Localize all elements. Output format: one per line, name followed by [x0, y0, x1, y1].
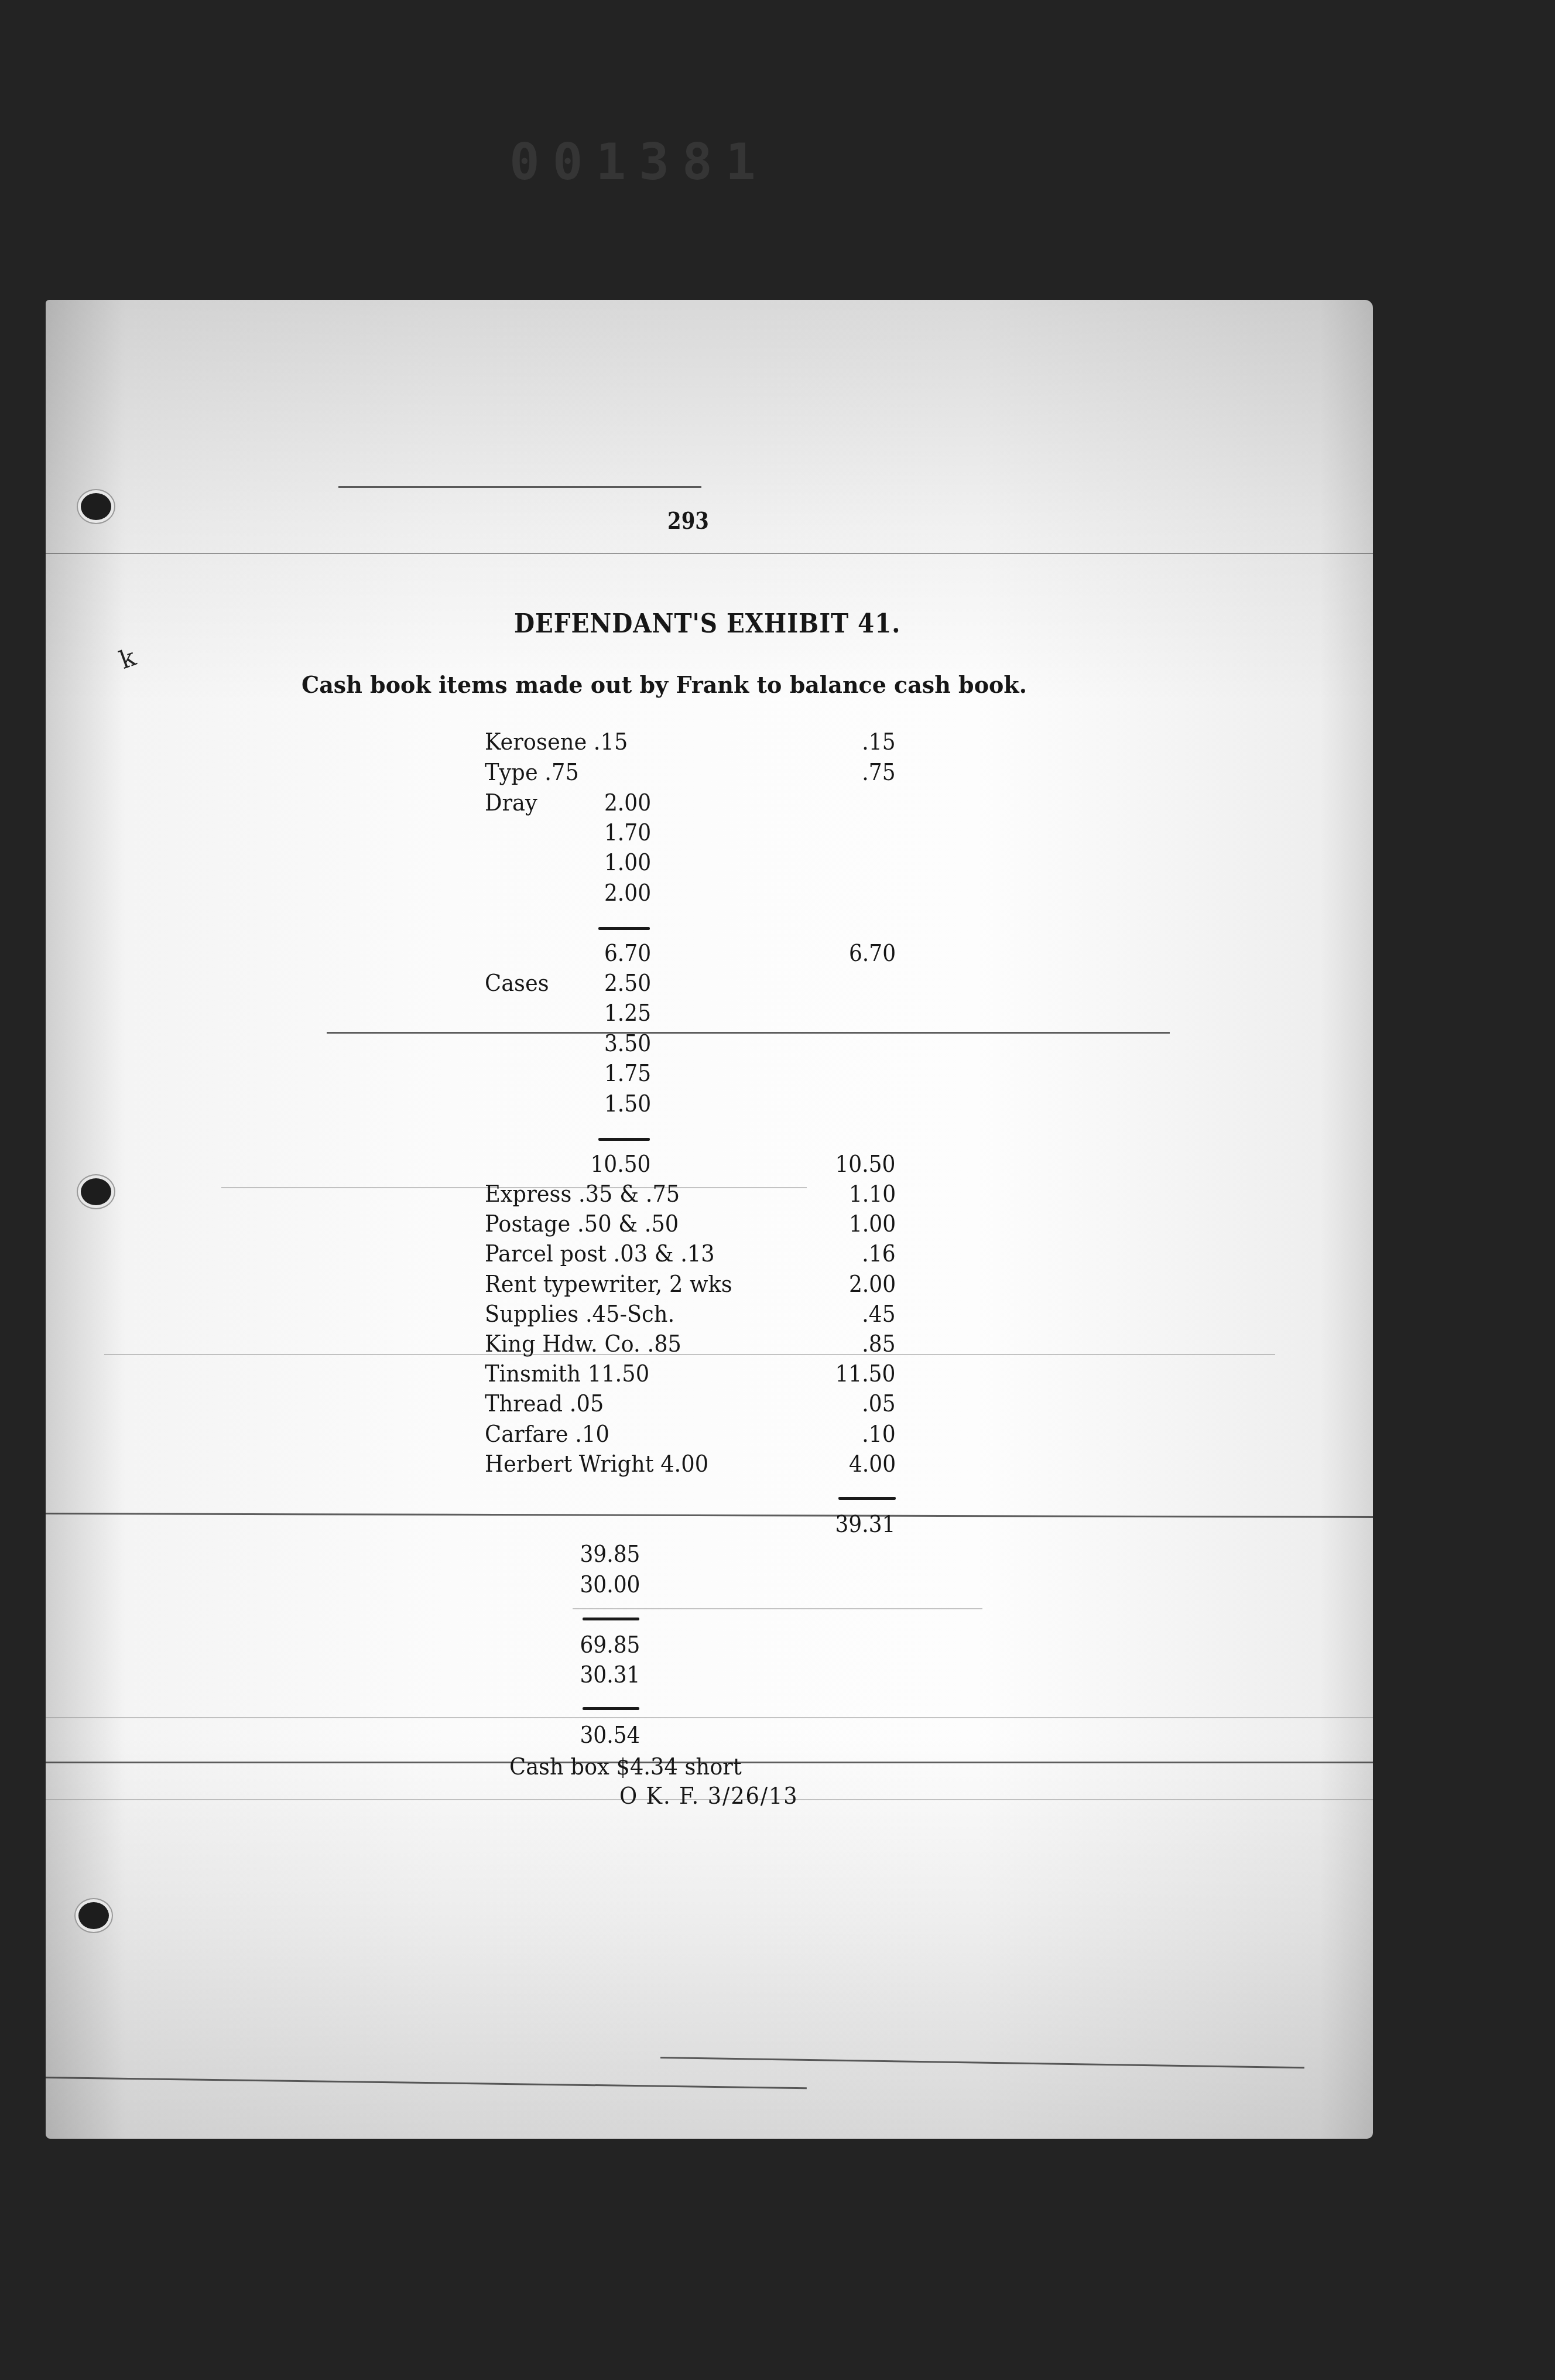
ledger-row: Type .75 .75 [0, 759, 1555, 788]
item-amount: 1.10 [849, 1181, 896, 1208]
item-amount: .75 [862, 759, 896, 786]
item-amount: 1.00 [849, 1210, 896, 1237]
recon-value: 30.00 [580, 1571, 641, 1598]
reconciliation-row: 69.85 [0, 1632, 1555, 1661]
item-label: Carfare .10 [485, 1421, 609, 1448]
ledger-row: Tinsmith 11.50 11.50 [0, 1360, 1555, 1390]
item-amount: .16 [862, 1240, 896, 1267]
ledger-row: Thread .05 .05 [0, 1390, 1555, 1420]
item-label: Parcel post .03 & .13 [485, 1240, 715, 1267]
reconciliation-row: 30.31 [0, 1661, 1555, 1691]
page-number: 293 [667, 507, 709, 535]
ledger-row: Cases 2.50 [0, 970, 1555, 999]
ledger-row: Parcel post .03 & .13 .16 [0, 1240, 1555, 1270]
item-subamount: 1.50 [604, 1090, 651, 1117]
item-subamount: 3.50 [604, 1030, 651, 1057]
item-amount: 6.70 [849, 940, 896, 967]
recon-rule [583, 1618, 639, 1620]
item-label: Herbert Wright 4.00 [485, 1451, 708, 1478]
ledger-row: 1.70 [0, 819, 1555, 849]
ledger-row: Kerosene .15 .15 [0, 729, 1555, 758]
scan-artifact-line [46, 2077, 807, 2089]
scan-artifact-line [660, 2057, 1304, 2068]
ledger-row: 3.50 [0, 1030, 1555, 1059]
ledger-row: Herbert Wright 4.00 4.00 [0, 1451, 1555, 1480]
item-label: Postage .50 & .50 [485, 1210, 679, 1237]
total-rule [838, 1497, 896, 1500]
signoff-date: O K. F. 3/26/13 [619, 1783, 798, 1810]
ledger-row: Express .35 & .75 1.10 [0, 1181, 1555, 1210]
ledger-row: 1.00 [0, 849, 1555, 878]
reconciliation-row: 39.85 [0, 1541, 1555, 1570]
item-subamount: 1.75 [604, 1060, 651, 1087]
scan-artifact-line [46, 1717, 1373, 1718]
scan-artifact-line [338, 486, 701, 488]
item-label: Express .35 & .75 [485, 1181, 680, 1208]
ledger-row: Rent typewriter, 2 wks 2.00 [0, 1271, 1555, 1300]
item-amount: 10.50 [835, 1151, 896, 1178]
item-label: Dray [485, 789, 537, 816]
item-subamount: 1.25 [604, 1000, 651, 1027]
item-subamount: 1.00 [604, 849, 651, 876]
ledger-row: 10.50 10.50 [0, 1151, 1555, 1180]
ledger-row: 1.75 [0, 1060, 1555, 1089]
exhibit-subtitle: Cash book items made out by Frank to bal… [302, 671, 1027, 699]
recon-value: 30.54 [580, 1722, 641, 1749]
item-amount: .05 [862, 1390, 896, 1417]
ledger-row: Supplies .45-Sch. .45 [0, 1301, 1555, 1330]
item-label: King Hdw. Co. .85 [485, 1331, 681, 1357]
item-label: Supplies .45-Sch. [485, 1301, 674, 1328]
item-label: Rent typewriter, 2 wks [485, 1271, 732, 1298]
ledger-row: King Hdw. Co. .85 .85 [0, 1331, 1555, 1360]
item-subamount: 1.70 [604, 819, 651, 846]
item-amount: .85 [862, 1331, 896, 1357]
punch-hole-top [81, 493, 111, 520]
item-amount: .45 [862, 1301, 896, 1328]
punch-hole-bottom [78, 1902, 109, 1929]
ledger-row: Postage .50 & .50 1.00 [0, 1210, 1555, 1240]
grand-total: 39.31 [835, 1511, 896, 1538]
recon-value: 69.85 [580, 1632, 641, 1659]
ledger-row: 1.50 [0, 1090, 1555, 1120]
recon-rule [583, 1707, 639, 1710]
recon-value: 30.31 [580, 1661, 641, 1688]
item-subamount: 2.00 [604, 880, 651, 907]
item-label: Thread .05 [485, 1390, 604, 1417]
subtotal-rule [598, 927, 650, 930]
item-subamount: 10.50 [591, 1151, 651, 1178]
item-subamount: 2.00 [604, 789, 651, 816]
scan-artifact-line [573, 1608, 982, 1609]
item-label: Kerosene .15 [485, 729, 628, 755]
item-label: Tinsmith 11.50 [485, 1360, 649, 1387]
ledger-row: 6.70 6.70 [0, 940, 1555, 969]
item-subamount: 2.50 [604, 970, 651, 997]
scan-artifact-line [46, 553, 1373, 554]
ledger-row: 1.25 [0, 1000, 1555, 1029]
film-frame-number: 001381 [509, 136, 820, 189]
reconciliation-row: 30.00 [0, 1571, 1555, 1601]
ledger-row: Dray 2.00 [0, 789, 1555, 819]
item-subamount: 6.70 [604, 940, 651, 967]
item-label: Type .75 [485, 759, 579, 786]
item-amount: 4.00 [849, 1451, 896, 1478]
recon-value: 39.85 [580, 1541, 641, 1568]
item-label: Cases [485, 970, 549, 997]
ledger-row: Carfare .10 .10 [0, 1421, 1555, 1450]
ledger-row: 2.00 [0, 880, 1555, 909]
item-amount: .10 [862, 1421, 896, 1448]
item-amount: 2.00 [849, 1271, 896, 1298]
ledger-total-row: 39.31 [0, 1511, 1555, 1540]
item-amount: .15 [862, 729, 896, 755]
subtotal-rule [598, 1138, 650, 1141]
exhibit-title: DEFENDANT'S EXHIBIT 41. [514, 609, 900, 639]
cash-box-note: Cash box $4.34 short [509, 1753, 742, 1780]
item-amount: 11.50 [835, 1360, 896, 1387]
reconciliation-row: 30.54 [0, 1722, 1555, 1751]
